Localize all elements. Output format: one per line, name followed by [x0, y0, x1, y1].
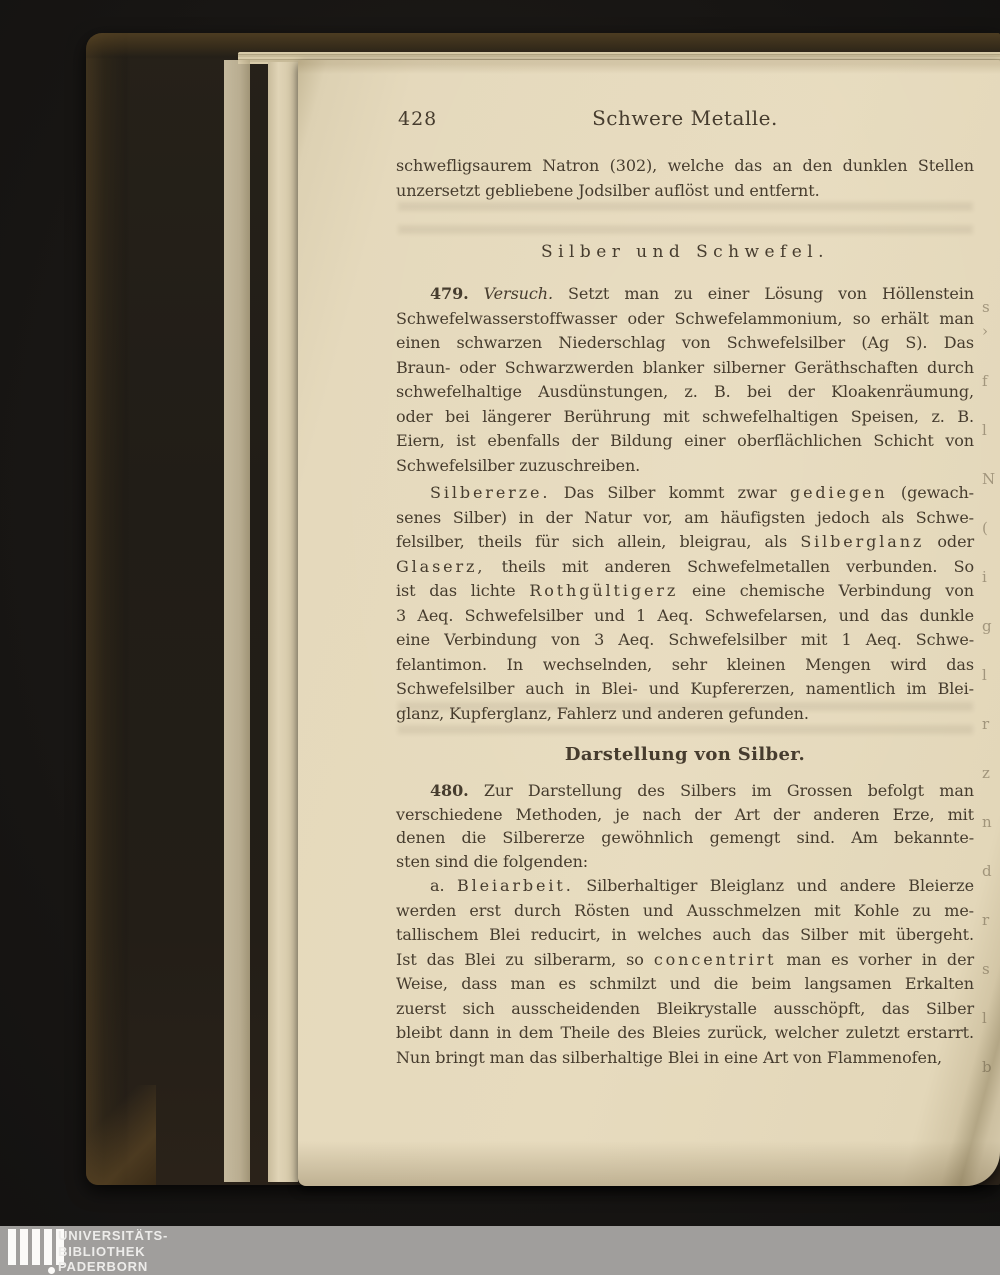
paragraph-480: 480. Zur Darstellung des Silbers im Gros… — [396, 779, 974, 873]
running-header: Schwere Metalle. — [396, 106, 974, 130]
library-logo-bars-icon — [8, 1229, 64, 1265]
paragraph-bleiarbeit: a. Bleiarbeit. Silberhaltiger Bleiglanz … — [396, 874, 974, 1070]
library-name: UNIVERSITÄTS- BIBLIOTHEK PADERBORN — [58, 1228, 168, 1275]
library-name-line: UNIVERSITÄTS- — [58, 1228, 168, 1244]
library-name-line: PADERBORN — [58, 1259, 168, 1275]
logo-bar — [8, 1229, 16, 1265]
library-name-line: BIBLIOTHEK — [58, 1244, 168, 1260]
logo-bar — [32, 1229, 40, 1265]
footer-bar: UNIVERSITÄTS- BIBLIOTHEK PADERBORN — [0, 1226, 1000, 1275]
page-fore-edge-band — [268, 62, 298, 1182]
facing-page-fragments: s›flN(iglrzndrslb — [982, 60, 1000, 1186]
logo-dot — [48, 1267, 55, 1274]
photo-background: 428 Schwere Metalle. schwefligsaurem Nat… — [0, 0, 1000, 1275]
page-fore-edge-band — [224, 60, 250, 1182]
page-header: 428 Schwere Metalle. — [396, 108, 974, 134]
section-heading-silber-und-schwefel: Silber und Schwefel. — [396, 242, 974, 262]
book-page: 428 Schwere Metalle. schwefligsaurem Nat… — [298, 60, 1000, 1186]
section-heading-darstellung-von-silber: Darstellung von Silber. — [396, 744, 974, 765]
paragraph-479: 479. Versuch. Setzt man zu einer Lösung … — [396, 282, 974, 478]
logo-bar — [20, 1229, 28, 1265]
show-through-text — [398, 202, 973, 242]
logo-bar — [44, 1229, 52, 1265]
intro-paragraph: schwefligsaurem Natron (302), welche das… — [396, 154, 974, 203]
paragraph-silbererze: Silbererze. Das Silber kommt zwar gedieg… — [396, 481, 974, 726]
